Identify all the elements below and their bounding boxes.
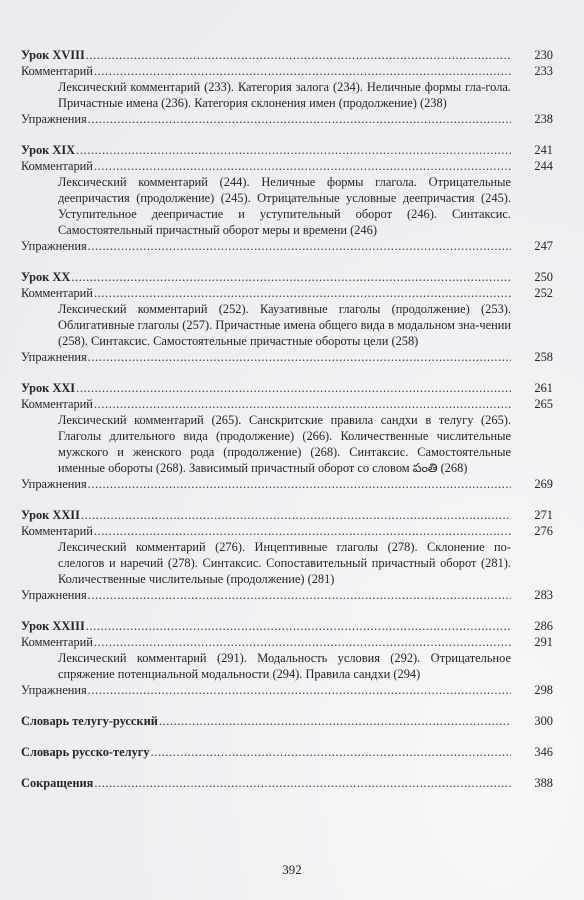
lesson-entry-label: Урок XX <box>21 269 70 285</box>
lesson-entry-page: 286 <box>529 618 553 634</box>
commentary-entry[interactable]: Комментарий233 <box>21 63 553 79</box>
dot-leader <box>88 349 511 365</box>
appendix-entry-label: Словарь русско-телугу <box>21 744 150 760</box>
exercises-entry[interactable]: Упражнения269 <box>21 476 553 492</box>
exercises-entry[interactable]: Упражнения238 <box>21 111 553 127</box>
lesson-entry[interactable]: Урок XVIII230 <box>21 47 553 63</box>
dot-leader <box>88 238 511 254</box>
exercises-entry-label: Упражнения <box>21 111 87 127</box>
commentary-entry-label: Комментарий <box>21 63 93 79</box>
commentary-topics: Лексический комментарий (291). Модальнос… <box>58 650 511 682</box>
lesson-entry-page: 250 <box>529 269 553 285</box>
exercises-entry[interactable]: Упражнения283 <box>21 587 553 603</box>
lesson-entry[interactable]: Урок XXI261 <box>21 380 553 396</box>
lesson-entry-page: 271 <box>529 507 553 523</box>
lesson-entry-page: 261 <box>529 380 553 396</box>
dot-leader <box>71 269 511 285</box>
dot-leader <box>88 111 511 127</box>
dot-leader <box>94 158 511 174</box>
commentary-entry[interactable]: Комментарий291 <box>21 634 553 650</box>
dot-leader <box>86 618 511 634</box>
commentary-entry-page: 276 <box>529 523 553 539</box>
commentary-entry-page: 233 <box>529 63 553 79</box>
lesson-section: Урок XVIII230Комментарий233Лексический к… <box>21 47 553 127</box>
exercises-entry-page: 269 <box>529 476 553 492</box>
lesson-entry-page: 230 <box>529 47 553 63</box>
commentary-entry-page: 252 <box>529 285 553 301</box>
commentary-entry-label: Комментарий <box>21 396 93 412</box>
lessons-list: Урок XVIII230Комментарий233Лексический к… <box>21 47 553 698</box>
exercises-entry-page: 247 <box>529 238 553 254</box>
lesson-entry[interactable]: Урок XIX241 <box>21 142 553 158</box>
lesson-entry[interactable]: Урок XXIII286 <box>21 618 553 634</box>
commentary-entry-page: 244 <box>529 158 553 174</box>
commentary-entry-page: 265 <box>529 396 553 412</box>
appendix-entry[interactable]: Словарь русско-телугу346 <box>21 744 553 760</box>
dot-leader <box>151 744 511 760</box>
lesson-entry-label: Урок XVIII <box>21 47 85 63</box>
dot-leader <box>76 142 511 158</box>
dot-leader <box>81 507 511 523</box>
dot-leader <box>94 63 511 79</box>
dot-leader <box>88 682 511 698</box>
exercises-entry-label: Упражнения <box>21 349 87 365</box>
appendix-entry-page: 346 <box>529 744 553 760</box>
lesson-section: Урок XXII271Комментарий276Лексический ко… <box>21 507 553 603</box>
lesson-entry-label: Урок XXI <box>21 380 75 396</box>
exercises-entry-label: Упражнения <box>21 476 87 492</box>
exercises-entry-page: 298 <box>529 682 553 698</box>
dot-leader <box>76 380 511 396</box>
exercises-entry-label: Упражнения <box>21 682 87 698</box>
lesson-entry[interactable]: Урок XX250 <box>21 269 553 285</box>
dot-leader <box>94 523 511 539</box>
dot-leader <box>94 396 511 412</box>
commentary-entry[interactable]: Комментарий252 <box>21 285 553 301</box>
appendix-entry[interactable]: Словарь телугу-русский300 <box>21 713 553 729</box>
exercises-entry-page: 283 <box>529 587 553 603</box>
commentary-entry[interactable]: Комментарий265 <box>21 396 553 412</box>
appendix-entry-page: 300 <box>529 713 553 729</box>
dot-leader <box>159 713 511 729</box>
commentary-entry-page: 291 <box>529 634 553 650</box>
commentary-entry-label: Комментарий <box>21 634 93 650</box>
lesson-entry[interactable]: Урок XXII271 <box>21 507 553 523</box>
exercises-entry-page: 258 <box>529 349 553 365</box>
lesson-section: Урок XX250Комментарий252Лексический комм… <box>21 269 553 365</box>
commentary-entry-label: Комментарий <box>21 523 93 539</box>
appendix-entry-label: Сокращения <box>21 775 93 791</box>
lesson-entry-label: Урок XXII <box>21 507 80 523</box>
commentary-entry-label: Комментарий <box>21 285 93 301</box>
lesson-entry-page: 241 <box>529 142 553 158</box>
page-number: 392 <box>0 862 584 878</box>
exercises-entry-label: Упражнения <box>21 238 87 254</box>
dot-leader <box>94 634 511 650</box>
commentary-topics: Лексический комментарий (265). Санскритс… <box>58 412 511 476</box>
dot-leader <box>94 775 511 791</box>
dot-leader <box>86 47 511 63</box>
commentary-entry[interactable]: Комментарий244 <box>21 158 553 174</box>
dot-leader <box>88 587 511 603</box>
exercises-entry-label: Упражнения <box>21 587 87 603</box>
lesson-entry-label: Урок XXIII <box>21 618 85 634</box>
commentary-topics: Лексический комментарий (244). Неличные … <box>58 174 511 238</box>
appendix-entry[interactable]: Сокращения388 <box>21 775 553 791</box>
commentary-topics: Лексический комментарий (233). Категория… <box>58 79 511 111</box>
commentary-entry-label: Комментарий <box>21 158 93 174</box>
dot-leader <box>94 285 511 301</box>
exercises-entry[interactable]: Упражнения258 <box>21 349 553 365</box>
lesson-section: Урок XIX241Комментарий244Лексический ком… <box>21 142 553 254</box>
appendices-list: Словарь телугу-русский300Словарь русско-… <box>21 713 553 791</box>
lesson-section: Урок XXI261Комментарий265Лексический ком… <box>21 380 553 492</box>
lesson-entry-label: Урок XIX <box>21 142 75 158</box>
commentary-topics: Лексический комментарий (276). Инцептивн… <box>58 539 511 587</box>
dot-leader <box>88 476 511 492</box>
appendix-entry-page: 388 <box>529 775 553 791</box>
appendix-entry-label: Словарь телугу-русский <box>21 713 158 729</box>
lesson-section: Урок XXIII286Комментарий291Лексический к… <box>21 618 553 698</box>
exercises-entry[interactable]: Упражнения298 <box>21 682 553 698</box>
exercises-entry-page: 238 <box>529 111 553 127</box>
table-of-contents: Урок XVIII230Комментарий233Лексический к… <box>21 47 553 806</box>
exercises-entry[interactable]: Упражнения247 <box>21 238 553 254</box>
commentary-topics: Лексический комментарий (252). Каузативн… <box>58 301 511 349</box>
commentary-entry[interactable]: Комментарий276 <box>21 523 553 539</box>
